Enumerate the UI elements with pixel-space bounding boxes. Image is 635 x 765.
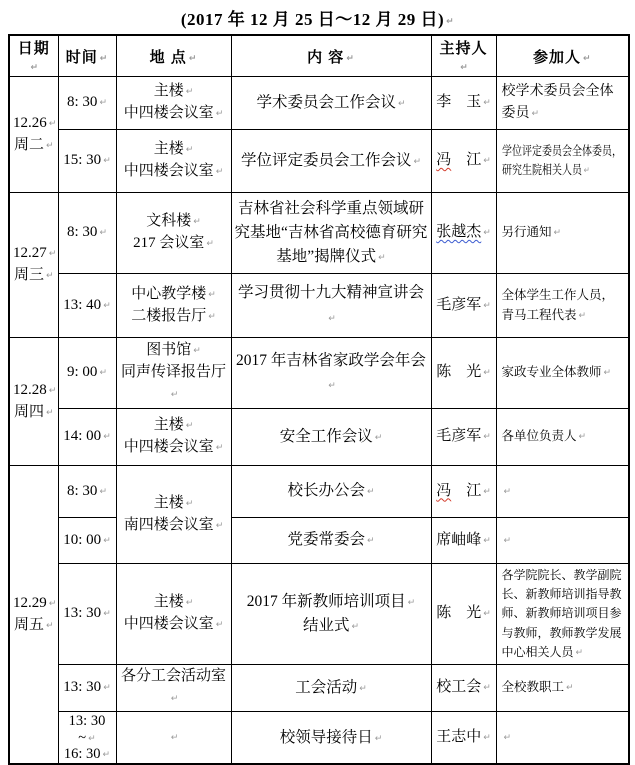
cell-place: 主楼↵ 中四楼会议室↵ [116, 409, 231, 466]
time-value: 16: 30↵ [62, 746, 113, 762]
table-row: 12.29↵ 周五↵ 8: 30↵ 主楼↵ 南四楼会议室↵ 校长办公会↵ 冯 江… [9, 466, 629, 518]
host-name-rest: 江 [451, 152, 481, 168]
time-value: 8: 30↵ [62, 92, 113, 114]
paragraph-mark-icon: ↵ [46, 141, 54, 151]
content-text: 2017 年新教师培训项目↵ [234, 590, 429, 614]
paragraph-mark-icon: ↵ [351, 622, 359, 632]
header-place-label: 地 点↵ [120, 46, 228, 67]
paragraph-mark-icon: ↵ [186, 87, 194, 97]
cell-content: 学习贯彻十九大精神宣讲会↵ [231, 274, 431, 338]
cell-host: 校工会↵ [431, 664, 496, 711]
cell-content: 学位评定委员会工作会议↵ [231, 130, 431, 193]
paragraph-mark-icon: ↵ [49, 119, 57, 129]
cell-participants: 全校教职工↵ [496, 664, 629, 711]
paragraph-mark-icon: ↵ [359, 684, 367, 694]
paragraph-mark-icon: ↵ [413, 157, 421, 167]
paragraph-mark-icon: ↵ [483, 733, 491, 743]
host-name: 冯 江↵ [435, 481, 493, 503]
paragraph-mark-icon: ↵ [408, 598, 416, 608]
content-text: 安全工作会议↵ [234, 425, 429, 449]
cell-participants: 各单位负责人↵ [496, 409, 629, 466]
place-line: 中四楼会议室↵ [120, 437, 228, 459]
table-row: 13: 30↵ 各分工会活动室↵ 工会活动↵ 校工会↵ 全校教职工↵ [9, 664, 629, 711]
paragraph-mark-icon: ↵ [216, 521, 224, 531]
cell-time: 13: 30↵ [58, 564, 116, 665]
table-row: 13: 40↵ 中心教学楼↵ 二楼报告厅↵ 学习贯彻十九大精神宣讲会↵ 毛彦军↵… [9, 274, 629, 338]
place-line: 主楼↵ [120, 139, 228, 161]
paragraph-mark-icon: ↵ [99, 228, 107, 238]
header-date-label: 日期↵ [13, 37, 55, 75]
cell-time: 8: 30↵ [58, 193, 116, 274]
table-row: 13: 30 ~↵ 16: 30↵ ↵ 校领导接待日↵ 王志中↵ ↵ [9, 711, 629, 764]
paragraph-mark-icon: ↵ [189, 54, 198, 64]
spellcheck-underline: 冯 [436, 152, 451, 168]
participants-text: 学位评定委员会全体委员，研究生院相关人员↵ [502, 142, 624, 181]
participants-text: 各单位负责人↵ [502, 427, 624, 446]
time-value: 9: 00↵ [62, 362, 113, 384]
paragraph-mark-icon: ↵ [579, 311, 587, 321]
table-row: 14: 00↵ 主楼↵ 中四楼会议室↵ 安全工作会议↵ 毛彦军↵ 各单位负责人↵ [9, 409, 629, 466]
participants-text: 家政专业全体教师↵ [502, 363, 624, 382]
host-name: 冯 江↵ [435, 150, 493, 172]
cell-participants: 校学术委员会全体委员↵ [496, 77, 629, 130]
paragraph-mark-icon: ↵ [328, 314, 336, 324]
paragraph-mark-icon: ↵ [99, 98, 107, 108]
content-text: 学术委员会工作会议↵ [234, 91, 429, 115]
spellcheck-underline: 冯 [436, 483, 451, 499]
cell-time: 13: 30↵ [58, 664, 116, 711]
cell-participants: 学位评定委员会全体委员，研究生院相关人员↵ [496, 130, 629, 193]
paragraph-mark-icon: ↵ [103, 432, 111, 442]
content-text: 吉林省社会科学重点领域研究基地“吉林省高校德育研究基地”揭牌仪式↵ [234, 197, 429, 269]
host-name: 毛彦军↵ [435, 426, 493, 448]
paragraph-mark-icon: ↵ [103, 536, 111, 546]
participants-text: 全校教职工↵ [502, 678, 624, 697]
cell-time: 13: 40↵ [58, 274, 116, 338]
weekday-value: 周三↵ [13, 265, 55, 287]
cell-date-thu: 12.28↵ 周四↵ [9, 338, 58, 466]
paragraph-mark-icon: ↵ [483, 536, 491, 546]
time-value: 13: 30↵ [62, 603, 113, 625]
content-text: 结业式↵ [234, 614, 429, 638]
paragraph-mark-icon: ↵ [483, 301, 491, 311]
time-value: 14: 00↵ [62, 426, 113, 448]
cell-time: 10: 00↵ [58, 518, 116, 564]
header-content-label: 内 容↵ [235, 46, 428, 67]
paragraph-mark-icon: ↵ [216, 167, 224, 177]
place-line: 二楼报告厅↵ [120, 306, 228, 328]
paragraph-mark-icon: ↵ [206, 239, 214, 249]
date-value: 12.28↵ [13, 380, 55, 402]
place-line: 各分工会活动室↵ [120, 666, 228, 710]
cell-participants-empty: ↵ [496, 518, 629, 564]
header-participants-label: 参加人↵ [500, 46, 626, 67]
paragraph-mark-icon: ↵ [446, 17, 454, 27]
cell-place: 各分工会活动室↵ [116, 664, 231, 711]
paragraph-mark-icon: ↵ [483, 368, 491, 378]
empty-paragraph: ↵ [502, 728, 624, 747]
paragraph-mark-icon: ↵ [216, 620, 224, 630]
paragraph-mark-icon: ↵ [49, 386, 57, 396]
paragraph-mark-icon: ↵ [100, 54, 109, 64]
paragraph-mark-icon: ↵ [193, 346, 201, 356]
content-text: 校长办公会↵ [234, 479, 429, 503]
paragraph-mark-icon: ↵ [378, 253, 386, 263]
paragraph-mark-icon: ↵ [171, 733, 179, 743]
cell-date-fri: 12.29↵ 周五↵ [9, 466, 58, 765]
cell-host: 冯 江↵ [431, 466, 496, 518]
paragraph-mark-icon: ↵ [483, 156, 491, 166]
header-date: 日期↵ [9, 35, 58, 77]
paragraph-mark-icon: ↵ [99, 368, 107, 378]
place-line: 图书馆↵ [120, 340, 228, 362]
place-line: 文科楼↵ [120, 211, 228, 233]
paragraph-mark-icon: ↵ [375, 734, 383, 744]
paragraph-mark-icon: ↵ [367, 536, 375, 546]
cell-content: 学术委员会工作会议↵ [231, 77, 431, 130]
place-line: 217 会议室↵ [120, 233, 228, 255]
paragraph-mark-icon: ↵ [193, 217, 201, 227]
empty-paragraph: ↵ [502, 482, 624, 501]
content-text: 工会活动↵ [234, 676, 429, 700]
cell-date-tue: 12.26↵ 周二↵ [9, 77, 58, 193]
cell-time: 14: 00↵ [58, 409, 116, 466]
paragraph-mark-icon: ↵ [483, 487, 491, 497]
host-name-rest: 江 [451, 483, 481, 499]
paragraph-mark-icon: ↵ [576, 648, 584, 658]
header-place: 地 点↵ [116, 35, 231, 77]
cell-place: 主楼↵ 中四楼会议室↵ [116, 130, 231, 193]
table-row: 12.26↵ 周二↵ 8: 30↵ 主楼↵ 中四楼会议室↵ 学术委员会工作会议↵… [9, 77, 629, 130]
paragraph-mark-icon: ↵ [186, 421, 194, 431]
weekday-value: 周五↵ [13, 615, 55, 637]
paragraph-mark-icon: ↵ [532, 109, 540, 119]
cell-time: 13: 30 ~↵ 16: 30↵ [58, 711, 116, 764]
paragraph-mark-icon: ↵ [186, 145, 194, 155]
host-name: 校工会↵ [435, 677, 493, 699]
header-time: 时间↵ [58, 35, 116, 77]
paragraph-mark-icon: ↵ [604, 368, 612, 378]
time-tilde: ~↵ [62, 730, 113, 746]
cell-place: 中心教学楼↵ 二楼报告厅↵ [116, 274, 231, 338]
host-name: 王志中↵ [435, 727, 493, 749]
place-line: 主楼↵ [120, 415, 228, 437]
cell-participants-empty: ↵ [496, 711, 629, 764]
cell-participants: 家政专业全体教师↵ [496, 338, 629, 409]
cell-host: 毛彦军↵ [431, 409, 496, 466]
paragraph-mark-icon: ↵ [504, 487, 512, 497]
place-line: 中心教学楼↵ [120, 284, 228, 306]
place-line: 同声传译报告厅↵ [120, 362, 228, 406]
host-name: 席岫峰↵ [435, 530, 493, 552]
document-page: (2017 年 12 月 25 日～12 月 29 日)↵ 日期↵ 时间↵ 地 … [0, 0, 635, 765]
paragraph-mark-icon: ↵ [186, 598, 194, 608]
paragraph-mark-icon: ↵ [30, 63, 39, 73]
place-line: 中四楼会议室↵ [120, 161, 228, 183]
time-value: 8: 30↵ [62, 481, 113, 503]
date-value: 12.26↵ [13, 113, 55, 135]
paragraph-mark-icon: ↵ [483, 609, 491, 619]
paragraph-mark-icon: ↵ [367, 487, 375, 497]
cell-host: 陈 光↵ [431, 338, 496, 409]
cell-content: 2017 年新教师培训项目↵ 结业式↵ [231, 564, 431, 665]
header-row: 日期↵ 时间↵ 地 点↵ 内 容↵ 主持人↵ 参加人↵ [9, 35, 629, 77]
date-value: 12.27↵ [13, 243, 55, 265]
schedule-table: 日期↵ 时间↵ 地 点↵ 内 容↵ 主持人↵ 参加人↵ 12.26↵ 周二↵ 8… [8, 34, 630, 765]
title-text: (2017 年 12 月 25 日～12 月 29 日)↵ [181, 10, 454, 29]
place-line: 主楼↵ [120, 493, 228, 515]
page-title: (2017 年 12 月 25 日～12 月 29 日)↵ [0, 0, 635, 30]
paragraph-mark-icon: ↵ [103, 750, 111, 760]
time-value: 15: 30↵ [62, 150, 113, 172]
cell-host: 王志中↵ [431, 711, 496, 764]
time-value: 10: 00↵ [62, 530, 113, 552]
cell-host: 席岫峰↵ [431, 518, 496, 564]
cell-time: 9: 00↵ [58, 338, 116, 409]
paragraph-mark-icon: ↵ [103, 683, 111, 693]
paragraph-mark-icon: ↵ [554, 228, 562, 238]
time-value: 13: 40↵ [62, 295, 113, 317]
cell-host: 李 玉↵ [431, 77, 496, 130]
paragraph-mark-icon: ↵ [346, 54, 355, 64]
paragraph-mark-icon: ↵ [103, 156, 111, 166]
header-host-label: 主持人↵ [435, 37, 493, 75]
weekday-value: 周二↵ [13, 135, 55, 157]
cell-participants-empty: ↵ [496, 466, 629, 518]
paragraph-mark-icon: ↵ [49, 249, 57, 259]
paragraph-mark-icon: ↵ [103, 301, 111, 311]
place-line: 南四楼会议室↵ [120, 515, 228, 537]
weekday-value: 周四↵ [13, 402, 55, 424]
cell-place: 文科楼↵ 217 会议室↵ [116, 193, 231, 274]
paragraph-mark-icon: ↵ [398, 99, 406, 109]
place-line: 主楼↵ [120, 81, 228, 103]
paragraph-mark-icon: ↵ [483, 228, 491, 238]
paragraph-mark-icon: ↵ [46, 621, 54, 631]
cell-time: 8: 30↵ [58, 77, 116, 130]
cell-participants: 另行通知↵ [496, 193, 629, 274]
cell-content: 党委常委会↵ [231, 518, 431, 564]
paragraph-mark-icon: ↵ [208, 312, 216, 322]
paragraph-mark-icon: ↵ [460, 63, 469, 73]
cell-content: 2017 年吉林省家政学会年会↵ [231, 338, 431, 409]
paragraph-mark-icon: ↵ [483, 432, 491, 442]
paragraph-mark-icon: ↵ [171, 390, 179, 400]
cell-content: 校领导接待日↵ [231, 711, 431, 764]
paragraph-mark-icon: ↵ [583, 54, 592, 64]
paragraph-mark-icon: ↵ [583, 166, 589, 176]
cell-place-empty: ↵ [116, 711, 231, 764]
cell-content: 安全工作会议↵ [231, 409, 431, 466]
paragraph-mark-icon: ↵ [186, 499, 194, 509]
place-line: 中四楼会议室↵ [120, 103, 228, 125]
header-participants: 参加人↵ [496, 35, 629, 77]
host-name: 李 玉↵ [435, 92, 493, 114]
participants-text: 另行通知↵ [502, 223, 624, 242]
content-text: 2017 年吉林省家政学会年会↵ [234, 349, 429, 397]
paragraph-mark-icon: ↵ [375, 433, 383, 443]
participants-text: 校学术委员会全体委员↵ [502, 81, 624, 124]
paragraph-mark-icon: ↵ [579, 432, 587, 442]
place-line: 中四楼会议室↵ [120, 614, 228, 636]
paragraph-mark-icon: ↵ [483, 98, 491, 108]
paragraph-mark-icon: ↵ [208, 290, 216, 300]
empty-paragraph: ↵ [120, 727, 228, 749]
paragraph-mark-icon: ↵ [46, 408, 54, 418]
table-row: 10: 00↵ 党委常委会↵ 席岫峰↵ ↵ [9, 518, 629, 564]
paragraph-mark-icon: ↵ [49, 599, 57, 609]
empty-paragraph: ↵ [502, 531, 624, 550]
content-text: 学习贯彻十九大精神宣讲会↵ [234, 281, 429, 329]
participants-text: 各学院院长、教学副院长、新教师培训指导教师、新教师培训项目参与教师，教师教学发展… [502, 566, 624, 662]
paragraph-mark-icon: ↵ [46, 271, 54, 281]
place-line: 主楼↵ [120, 592, 228, 614]
participants-text: 全体学生工作人员，青马工程代表↵ [502, 286, 624, 325]
paragraph-mark-icon: ↵ [566, 683, 574, 693]
cell-place: 主楼↵ 南四楼会议室↵ [116, 466, 231, 564]
time-value: 13: 30↵ [62, 677, 113, 699]
host-name: 毛彦军↵ [435, 295, 493, 317]
content-text: 党委常委会↵ [234, 528, 429, 552]
paragraph-mark-icon: ↵ [103, 609, 111, 619]
paragraph-mark-icon: ↵ [216, 109, 224, 119]
cell-participants: 各学院院长、教学副院长、新教师培训指导教师、新教师培训项目参与教师，教师教学发展… [496, 564, 629, 665]
paragraph-mark-icon: ↵ [99, 487, 107, 497]
time-value: 8: 30↵ [62, 222, 113, 244]
paragraph-mark-icon: ↵ [216, 443, 224, 453]
host-name: 陈 光↵ [435, 362, 493, 384]
paragraph-mark-icon: ↵ [504, 536, 512, 546]
table-row: 15: 30↵ 主楼↵ 中四楼会议室↵ 学位评定委员会工作会议↵ 冯 江↵ 学位… [9, 130, 629, 193]
cell-participants: 全体学生工作人员，青马工程代表↵ [496, 274, 629, 338]
header-host: 主持人↵ [431, 35, 496, 77]
cell-content: 校长办公会↵ [231, 466, 431, 518]
cell-host: 陈 光↵ [431, 564, 496, 665]
cell-date-wed: 12.27↵ 周三↵ [9, 193, 58, 338]
cell-place: 主楼↵ 中四楼会议室↵ [116, 77, 231, 130]
host-name: 陈 光↵ [435, 603, 493, 625]
table-row: 12.27↵ 周三↵ 8: 30↵ 文科楼↵ 217 会议室↵ 吉林省社会科学重… [9, 193, 629, 274]
cell-content: 工会活动↵ [231, 664, 431, 711]
paragraph-mark-icon: ↵ [504, 733, 512, 743]
paragraph-mark-icon: ↵ [88, 734, 96, 744]
cell-host: 冯 江↵ [431, 130, 496, 193]
spellcheck-underline: 张越杰 [436, 224, 481, 240]
time-value: 13: 30 [62, 713, 113, 729]
table-row: 12.28↵ 周四↵ 9: 00↵ 图书馆↵ 同声传译报告厅↵ 2017 年吉林… [9, 338, 629, 409]
content-text: 校领导接待日↵ [234, 726, 429, 750]
header-time-label: 时间↵ [62, 46, 113, 67]
cell-place: 主楼↵ 中四楼会议室↵ [116, 564, 231, 665]
cell-content: 吉林省社会科学重点领域研究基地“吉林省高校德育研究基地”揭牌仪式↵ [231, 193, 431, 274]
header-content: 内 容↵ [231, 35, 431, 77]
content-text: 学位评定委员会工作会议↵ [234, 149, 429, 173]
cell-place: 图书馆↵ 同声传译报告厅↵ [116, 338, 231, 409]
cell-host: 张越杰↵ [431, 193, 496, 274]
table-row: 13: 30↵ 主楼↵ 中四楼会议室↵ 2017 年新教师培训项目↵ 结业式↵ … [9, 564, 629, 665]
paragraph-mark-icon: ↵ [328, 381, 336, 391]
cell-time: 15: 30↵ [58, 130, 116, 193]
date-value: 12.29↵ [13, 593, 55, 615]
cell-host: 毛彦军↵ [431, 274, 496, 338]
paragraph-mark-icon: ↵ [483, 683, 491, 693]
paragraph-mark-icon: ↵ [171, 694, 179, 704]
cell-time: 8: 30↵ [58, 466, 116, 518]
host-name: 张越杰↵ [435, 222, 493, 244]
